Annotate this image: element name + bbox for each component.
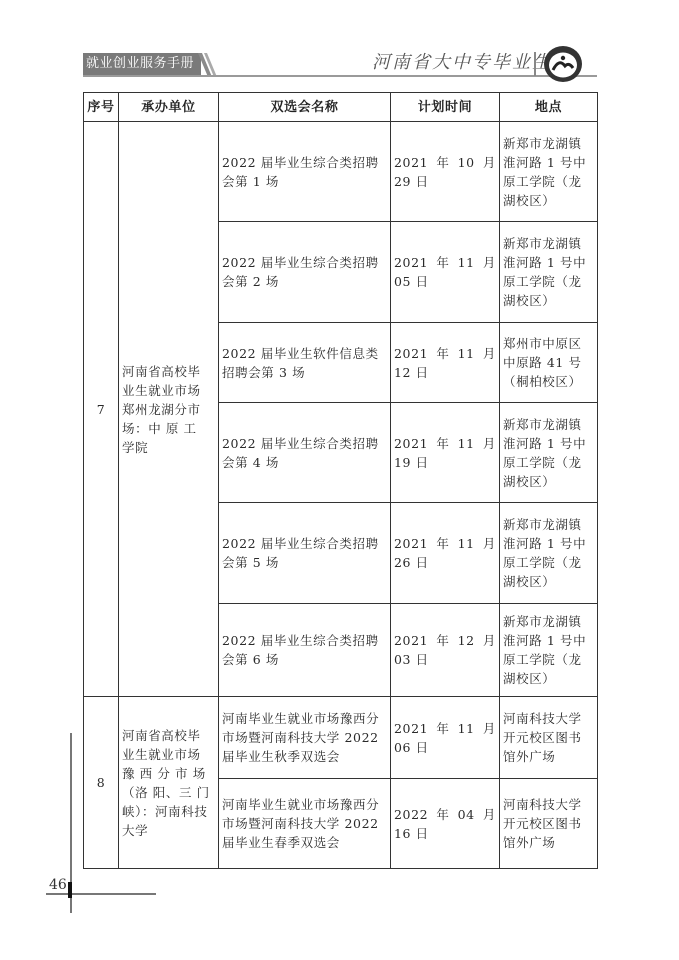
time-cell: 2021年11月 26 日 [391, 503, 500, 604]
location-cell: 新郑市龙湖镇淮河路 1 号中原工学院（龙湖校区） [500, 604, 598, 697]
seq-cell: 8 [84, 697, 119, 869]
fair-name-cell: 2022 届毕业生综合类招聘会第 5 场 [219, 503, 391, 604]
column-header-seq: 序号 [84, 93, 119, 122]
fair-name-cell: 河南毕业生就业市场豫西分市场暨河南科技大学 2022 届毕业生秋季双选会 [219, 697, 391, 779]
organizer-line: 场：中 原 工 [122, 419, 215, 438]
fair-name-cell: 2022 届毕业生综合类招聘会第 2 场 [219, 222, 391, 323]
organizer-cell: 河南省高校毕 业生就业市场 郑州龙湖分市 场：中 原 工 学院 [119, 122, 219, 697]
table-header-row: 序号 承办单位 双选会名称 计划时间 地点 [84, 93, 598, 122]
table-row: 8 河南省高校毕 业生就业市场 豫 西 分 市 场 （洛 阳、三 门 峡）：河南… [84, 697, 598, 779]
fair-name-cell: 2022 届毕业生软件信息类招聘会第 3 场 [219, 323, 391, 403]
location-cell: 郑州市中原区中原路 41 号（桐柏校区） [500, 323, 598, 403]
fair-name-cell: 2022 届毕业生综合类招聘会第 6 场 [219, 604, 391, 697]
header-separator [534, 52, 536, 76]
organizer-line: 河南省高校毕 [122, 726, 215, 745]
location-cell: 新郑市龙湖镇淮河路 1 号中原工学院（龙湖校区） [500, 222, 598, 323]
organizer-line: 业生就业市场 [122, 381, 215, 400]
organizer-line: 业生就业市场 [122, 745, 215, 764]
handbook-emblem-icon [543, 44, 583, 84]
time-cell: 2021年11月 06 日 [391, 697, 500, 779]
job-fair-schedule-table: 序号 承办单位 双选会名称 计划时间 地点 7 河南省高校毕 业生就业市场 郑州… [83, 92, 598, 869]
time-cell: 2021年11月 19 日 [391, 403, 500, 503]
fair-name-cell: 河南毕业生就业市场豫西分市场暨河南科技大学 2022 届毕业生春季双选会 [219, 779, 391, 869]
location-cell: 河南科技大学开元校区图书馆外广场 [500, 779, 598, 869]
organizer-line: 学院 [122, 438, 215, 457]
location-cell: 新郑市龙湖镇淮河路 1 号中原工学院（龙湖校区） [500, 122, 598, 222]
organizer-line: 郑州龙湖分市 [122, 400, 215, 419]
series-title: 河南省大中专毕业生 [372, 50, 552, 76]
organizer-line: 大学 [122, 821, 215, 840]
column-header-organizer: 承办单位 [119, 93, 219, 122]
column-header-fair-name: 双选会名称 [219, 93, 391, 122]
time-cell: 2022年04月 16 日 [391, 779, 500, 869]
location-cell: 河南科技大学开元校区图书馆外广场 [500, 697, 598, 779]
location-cell: 新郑市龙湖镇淮河路 1 号中原工学院（龙湖校区） [500, 403, 598, 503]
page-marker [68, 882, 72, 898]
column-header-planned-time: 计划时间 [391, 93, 500, 122]
footer-rule [46, 893, 156, 895]
seq-cell: 7 [84, 122, 119, 697]
table-row: 7 河南省高校毕 业生就业市场 郑州龙湖分市 场：中 原 工 学院 2022 届… [84, 122, 598, 222]
organizer-cell: 河南省高校毕 业生就业市场 豫 西 分 市 场 （洛 阳、三 门 峡）：河南科技… [119, 697, 219, 869]
organizer-line: 豫 西 分 市 场 [122, 764, 215, 783]
decorative-stripes-icon [198, 53, 220, 77]
organizer-line: 峡）：河南科技 [122, 802, 215, 821]
fair-name-cell: 2022 届毕业生综合类招聘会第 1 场 [219, 122, 391, 222]
time-cell: 2021年12月 03 日 [391, 604, 500, 697]
time-cell: 2021年10月 29 日 [391, 122, 500, 222]
page-number: 46 [49, 877, 67, 893]
organizer-line: （洛 阳、三 门 [122, 783, 215, 802]
location-cell: 新郑市龙湖镇淮河路 1 号中原工学院（龙湖校区） [500, 503, 598, 604]
time-cell: 2021年11月 05 日 [391, 222, 500, 323]
fair-name-cell: 2022 届毕业生综合类招聘会第 4 场 [219, 403, 391, 503]
column-header-location: 地点 [500, 93, 598, 122]
handbook-title-banner: 就业创业服务手册 [83, 53, 201, 75]
organizer-line: 河南省高校毕 [122, 362, 215, 381]
time-cell: 2021年11月 12 日 [391, 323, 500, 403]
